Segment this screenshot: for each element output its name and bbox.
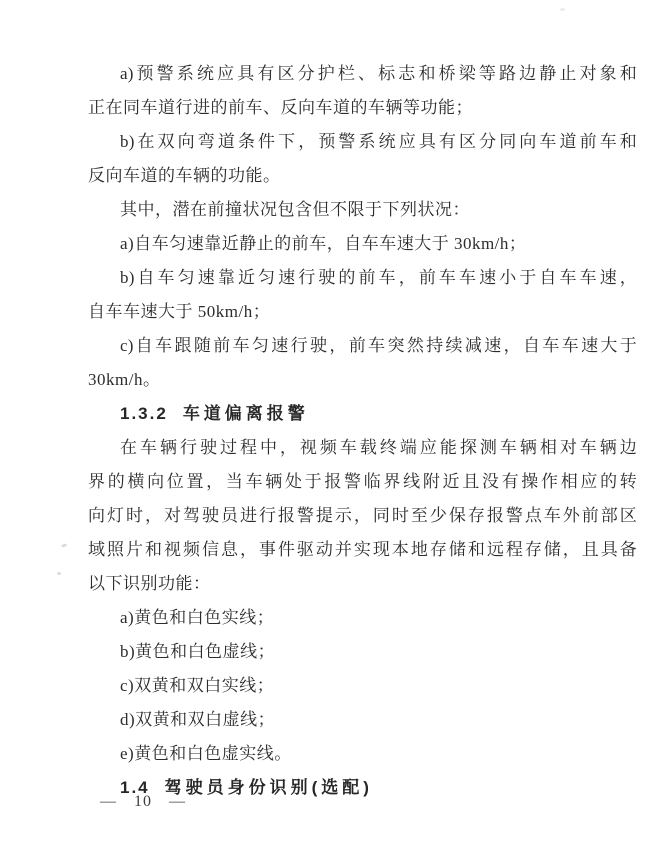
section-number: 1.3.2: [120, 404, 168, 423]
text-line: 向灯时，对驾驶员进行报警提示，同时至少保存报警点车外前部区: [88, 499, 637, 533]
text-line: 其中，潜在前撞状况包含但不限于下列状况：: [88, 193, 637, 227]
scan-speck: [57, 572, 61, 575]
text-line: b)在双向弯道条件下，预警系统应具有区分同向车道前车和: [88, 125, 637, 159]
document-text-block: a)预警系统应具有区分护栏、标志和桥梁等路边静止对象和正在同车道行进的前车、反向…: [88, 57, 637, 805]
text-line: 正在同车道行进的前车、反向车道的车辆等功能；: [88, 91, 637, 125]
text-line: a)预警系统应具有区分护栏、标志和桥梁等路边静止对象和: [88, 57, 637, 91]
section-heading: 1.3.2车道偏离报警: [88, 397, 637, 431]
text-line: 域照片和视频信息，事件驱动并实现本地存储和远程存储，且具备: [88, 533, 637, 567]
scan-speck: [560, 8, 565, 11]
text-line: 在车辆行驶过程中，视频车载终端应能探测车辆相对车辆边: [88, 431, 637, 465]
scan-speck: [61, 543, 68, 548]
document-page: a)预警系统应具有区分护栏、标志和桥梁等路边静止对象和正在同车道行进的前车、反向…: [0, 0, 670, 859]
text-line: 自车车速大于 50km/h；: [88, 295, 637, 329]
section-title: 车道偏离报警: [183, 404, 309, 423]
text-line: 反向车道的车辆的功能。: [88, 159, 637, 193]
page-number: — 10 —: [100, 793, 186, 811]
section-title: 驾驶员身份识别(选配): [165, 778, 373, 797]
text-line: b)自车匀速靠近匀速行驶的前车，前车车速小于自车车速，: [88, 261, 637, 295]
text-line: 30km/h。: [88, 363, 637, 397]
text-line: c)双黄和双白实线；: [88, 669, 637, 703]
text-line: d)双黄和双白虚线；: [88, 703, 637, 737]
text-line: c)自车跟随前车匀速行驶，前车突然持续减速，自车车速大于: [88, 329, 637, 363]
text-line: b)黄色和白色虚线；: [88, 635, 637, 669]
text-line: 以下识别功能：: [88, 567, 637, 601]
text-line: e)黄色和白色虚实线。: [88, 737, 637, 771]
text-line: a)黄色和白色实线；: [88, 601, 637, 635]
text-line: 界的横向位置，当车辆处于报警临界线附近且没有操作相应的转: [88, 465, 637, 499]
text-line: a)自车匀速靠近静止的前车，自车车速大于 30km/h；: [88, 227, 637, 261]
